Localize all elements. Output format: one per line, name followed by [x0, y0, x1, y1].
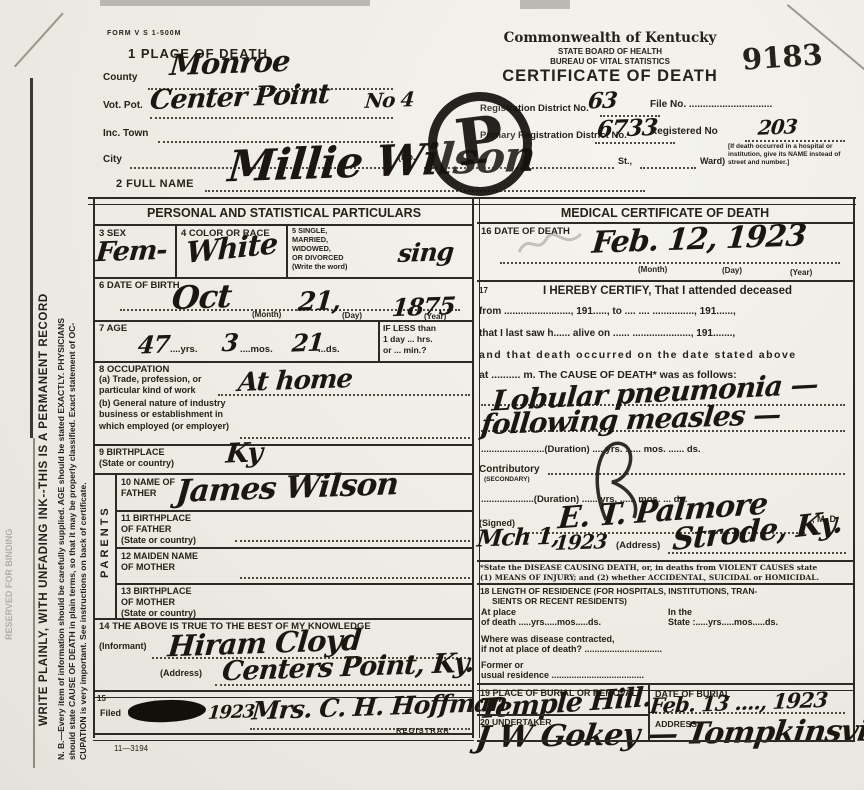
- nb-note-line2: should state CAUSE OF DEATH in plain ter…: [67, 323, 77, 760]
- dotted-line: [640, 167, 696, 169]
- form-code: FORM V S 1-500M: [107, 30, 182, 37]
- rule: [175, 224, 177, 277]
- ink-blot: [127, 698, 206, 724]
- signature-date: Mch 1,: [476, 523, 561, 553]
- dotted-line: [240, 437, 470, 439]
- occupation-a-label: (a) Trade, profession, or particular kin…: [99, 374, 202, 397]
- rule: [115, 510, 474, 512]
- dob-day-caption: (Day): [342, 311, 362, 320]
- informant-address-label: (Address): [160, 668, 202, 678]
- county-value: Monroe: [169, 44, 292, 82]
- inctown-label: Inc. Town: [103, 128, 148, 139]
- personal-section-title: PERSONAL AND STATISTICAL PARTICULARS: [95, 206, 473, 220]
- registration-district-value: 63: [587, 87, 618, 114]
- disease-contracted-line1: Where was disease contracted,: [481, 634, 615, 644]
- state-board-title: STATE BOARD OF HEALTH: [455, 47, 765, 56]
- rule: [93, 618, 474, 620]
- birthplace-value: Ky: [225, 437, 264, 469]
- rule: [93, 277, 474, 279]
- certify-statement: I HEREBY CERTIFY, That I attended deceas…: [490, 285, 845, 297]
- if-less-label: IF LESS than 1 day ... hrs. or ... min.?: [383, 323, 436, 357]
- residence-title-line1: 18 LENGTH OF RESIDENCE (FOR HOSPITALS, I…: [480, 586, 757, 596]
- votpot-label: Vot. Pot.: [103, 100, 143, 111]
- commonwealth-title: Commonwealth of Kentucky: [455, 30, 765, 46]
- father-birthplace-label: 11 BIRTHPLACE OF FATHER (State or countr…: [121, 513, 196, 545]
- occupation-a-value: At home: [237, 364, 354, 398]
- dotted-line: [745, 140, 845, 142]
- parents-side-label: PARENTS: [99, 505, 111, 578]
- former-residence-line1: Former or: [481, 660, 524, 670]
- residence-title-line2: SIENTS OR RECENT RESIDENTS): [492, 596, 627, 606]
- dod-year-caption: (Year): [790, 268, 812, 277]
- dob-month: Oct: [170, 277, 232, 317]
- contributory-label: Contributory: [479, 464, 540, 475]
- registrar-row-number: 15: [97, 694, 106, 703]
- rule: [93, 733, 474, 741]
- primary-registration-value: 6733: [596, 114, 658, 143]
- dob-label: 6 DATE OF BIRTH: [99, 280, 180, 291]
- age-years-unit: ....yrs.: [170, 344, 197, 355]
- secondary-label: (SECONDARY): [484, 476, 530, 483]
- last-saw-line: that I last saw h...... alive on ...... …: [479, 328, 735, 339]
- in-state-label-line2: State :.....yrs.....mos.....ds.: [668, 617, 778, 627]
- plate-number: 11—3194: [114, 744, 148, 753]
- death-occurred-line: and that death occurred on the date stat…: [479, 349, 797, 361]
- filed-label: Filed: [100, 708, 121, 718]
- marital-value: sing: [397, 237, 455, 268]
- rule: [93, 224, 474, 226]
- rule: [93, 444, 474, 446]
- binding-edge: [30, 78, 33, 438]
- age-days-unit: ...ds.: [318, 344, 340, 355]
- rule: [477, 560, 853, 562]
- informant-label: (Informant): [99, 641, 147, 651]
- cause-footnote-line2: (1) MEANS OF INJURY; and (2) whether ACC…: [480, 573, 819, 582]
- dotted-line: [240, 577, 470, 579]
- rule: [378, 320, 380, 361]
- city-ward-label: Ward): [700, 156, 725, 166]
- certificate-scan: RESERVED FOR BINDING WRITE PLAINLY, WITH…: [0, 0, 864, 790]
- at-place-label-line1: At place: [481, 607, 516, 617]
- nb-note-line1: N. B.—Every item of information should b…: [56, 318, 66, 760]
- age-months-value: 3: [221, 328, 239, 358]
- father-name-label: 10 NAME OF FATHER: [121, 477, 175, 499]
- full-name-label: 2 FULL NAME: [116, 178, 194, 190]
- write-plainly-note: WRITE PLAINLY, WITH UNFADING INK--THIS I…: [38, 293, 50, 726]
- marital-label: 5 SINGLE, MARRIED, WIDOWED, OR DIVORCED …: [292, 227, 347, 271]
- occupation-b-label: (b) General nature of industry business …: [99, 398, 229, 432]
- binding-note: RESERVED FOR BINDING: [4, 529, 14, 640]
- pencil-scribble: [515, 222, 585, 262]
- scan-smudge: [520, 0, 570, 9]
- sex-value: Fem-: [95, 235, 168, 269]
- certificate-number: 9183: [741, 37, 824, 77]
- file-no-label: File No. ..............................: [650, 99, 772, 110]
- rule: [93, 361, 474, 363]
- certificate-title: CERTIFICATE OF DEATH: [455, 67, 765, 86]
- city-st-label: St.,: [618, 156, 632, 166]
- birthplace-label: 9 BIRTHPLACE (State or country): [99, 447, 174, 469]
- p-stamp-letter: P: [452, 107, 508, 176]
- dotted-line: [150, 117, 393, 119]
- mother-birthplace-label: 13 BIRTHPLACE OF MOTHER (State or countr…: [121, 586, 196, 618]
- age-label: 7 AGE: [99, 323, 127, 334]
- city-label: City: [103, 154, 122, 165]
- registered-no-value: 203: [757, 114, 798, 139]
- rule: [93, 320, 474, 322]
- dotted-line: [235, 540, 470, 542]
- dod-day-caption: (Day): [722, 266, 742, 275]
- bureau-title: BUREAU OF VITAL STATISTICS: [455, 57, 765, 66]
- county-label: County: [103, 72, 137, 83]
- date-of-death-value: Feb. 12, 1923: [591, 218, 808, 261]
- rule: [115, 547, 474, 549]
- rule: [477, 740, 853, 742]
- binding-edge: [33, 438, 35, 768]
- dob-day: 21,: [297, 286, 342, 318]
- votpot-value: Center Point: [149, 79, 331, 116]
- mother-name-label: 12 MAIDEN NAME OF MOTHER: [121, 551, 198, 573]
- rule: [853, 197, 855, 742]
- attended-from-line: from ........................, 191.....,…: [479, 306, 736, 317]
- cause-footnote-line1: *State the DISEASE CAUSING DEATH, or, in…: [480, 563, 817, 572]
- registered-no-label: Registered No: [650, 126, 718, 137]
- dotted-line: [500, 262, 840, 264]
- hospital-note: [If death occurred in a hospital or inst…: [728, 143, 856, 168]
- disease-contracted-line2: if not at place of death? ..............…: [481, 644, 662, 654]
- rule: [477, 714, 648, 716]
- in-state-label-line1: In the: [668, 607, 692, 617]
- signature-address-label: (Address): [616, 540, 660, 551]
- dob-month-caption: (Month): [252, 310, 281, 319]
- rule: [115, 473, 117, 618]
- rule: [286, 224, 288, 277]
- age-years-value: 47: [137, 329, 171, 359]
- father-name-value: James Wilson: [174, 466, 399, 510]
- signature-year: 1923: [554, 529, 608, 555]
- rule: [477, 583, 853, 585]
- nb-note-line3: CUPATION is very important. See instruct…: [78, 482, 88, 760]
- fold-line: [14, 12, 64, 67]
- filed-year-value: 1923: [207, 701, 255, 724]
- certify-row-number: 17: [479, 286, 488, 295]
- age-months-unit: ....mos.: [240, 344, 273, 355]
- rule: [115, 583, 474, 585]
- scan-smudge: [100, 0, 370, 6]
- rule: [477, 280, 853, 282]
- former-residence-line2: usual residence ........................…: [481, 670, 644, 680]
- dod-month-caption: (Month): [638, 265, 667, 274]
- at-place-label-line2: of death .....yrs.....mos.....ds.: [481, 617, 601, 627]
- votpot-number: No 4: [364, 87, 415, 113]
